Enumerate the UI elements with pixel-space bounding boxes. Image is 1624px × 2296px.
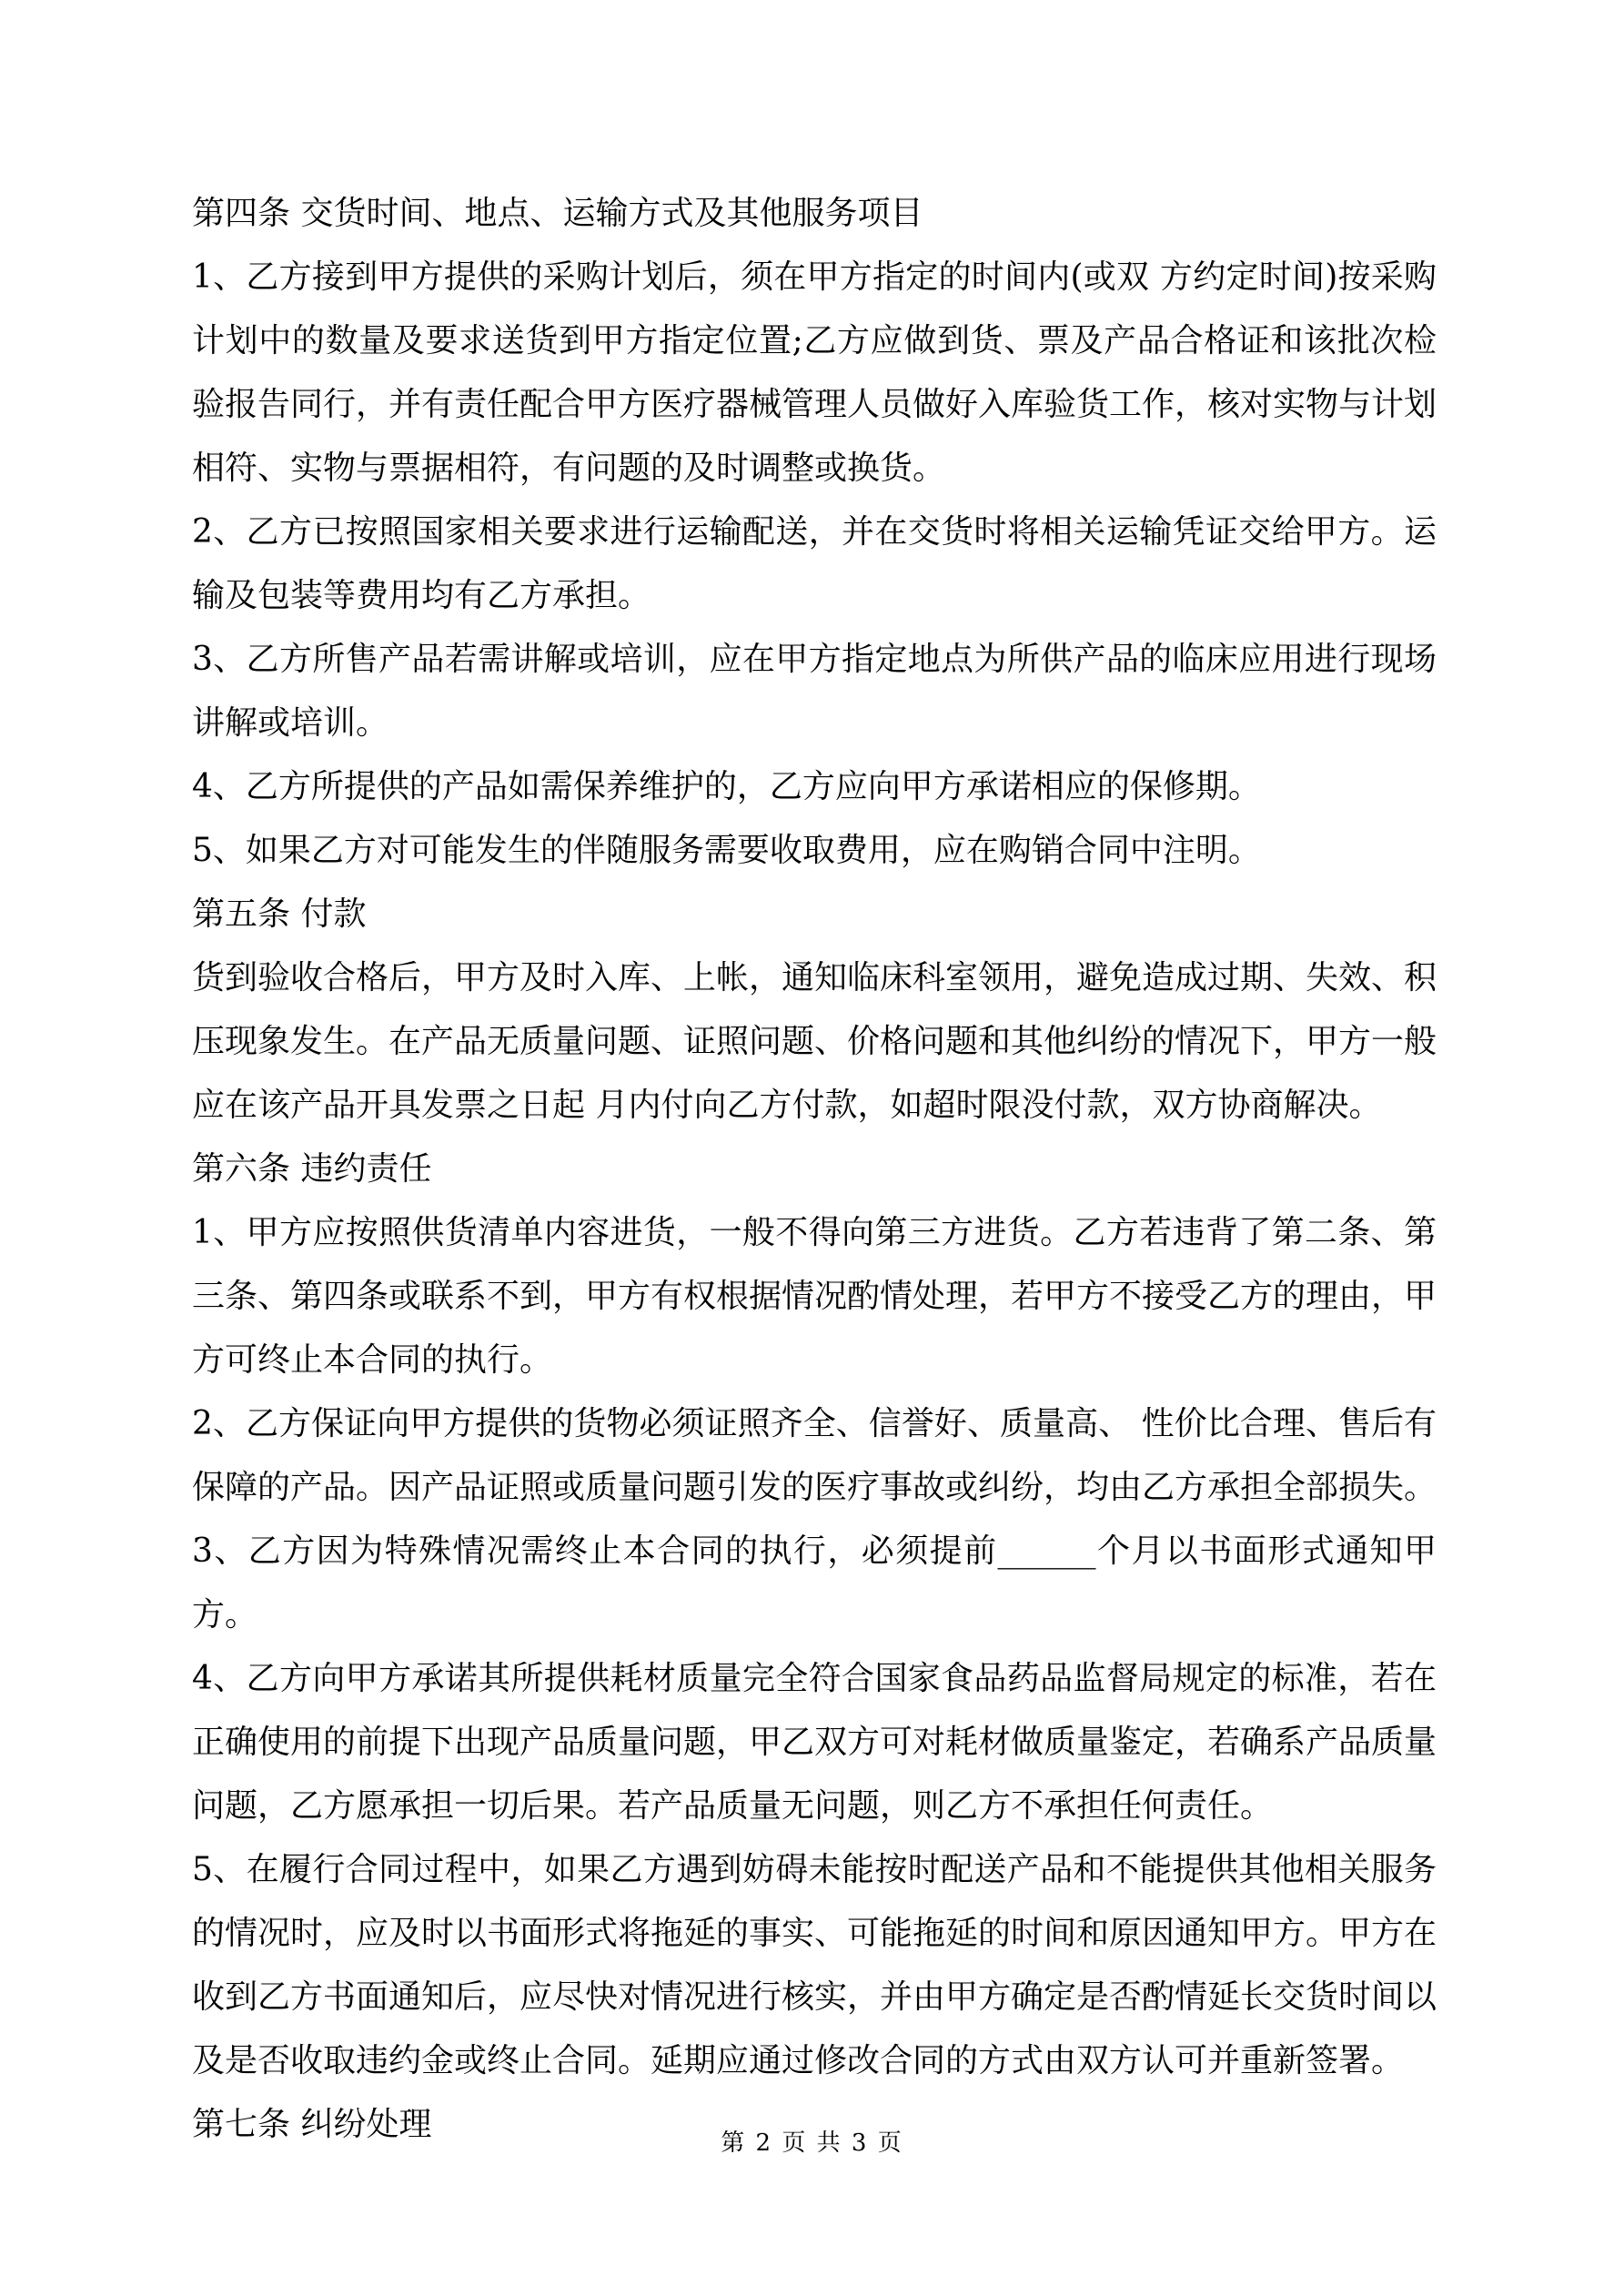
section-heading-article-6: 第六条 违约责任 [192,1138,1437,1201]
contract-clause: 1、甲方应按照供货清单内容进货，一般不得向第三方进货。乙方若违背了第二条、第三条… [192,1201,1437,1392]
section-heading-article-5: 第五条 付款 [192,883,1437,946]
contract-clause: 4、乙方所提供的产品如需保养维护的，乙方应向甲方承诺相应的保修期。 [192,755,1437,819]
page-footer: 第 2 页 共 3 页 [0,2128,1624,2159]
contract-clause: 1、乙方接到甲方提供的采购计划后，须在甲方指定的时间内(或双 方约定时间)按采购… [192,246,1437,501]
contract-clause: 2、乙方已按照国家相关要求进行运输配送，并在交货时将相关运输凭证交给甲方。运输及… [192,501,1437,628]
contract-clause: 3、乙方所售产品若需讲解或培训，应在甲方指定地点为所供产品的临床应用进行现场讲解… [192,628,1437,755]
contract-clause: 4、乙方向甲方承诺其所提供耗材质量完全符合国家食品药品监督局规定的标准，若在正确… [192,1647,1437,1838]
contract-page: 第四条 交货时间、地点、运输方式及其他服务项目 1、乙方接到甲方提供的采购计划后… [0,0,1624,2296]
section-heading-article-4: 第四条 交货时间、地点、运输方式及其他服务项目 [192,182,1437,246]
contract-clause: 5、在履行合同过程中，如果乙方遇到妨碍未能按时配送产品和不能提供其他相关服务的情… [192,1838,1437,2093]
contract-body: 第四条 交货时间、地点、运输方式及其他服务项目 1、乙方接到甲方提供的采购计划后… [192,182,1437,2157]
contract-clause: 货到验收合格后，甲方及时入库、上帐，通知临床科室领用，避免造成过期、失效、积压现… [192,946,1437,1138]
contract-clause: 2、乙方保证向甲方提供的货物必须证照齐全、信誉好、质量高、 性价比合理、售后有保… [192,1392,1437,1520]
contract-clause: 5、如果乙方对可能发生的伴随服务需要收取费用，应在购销合同中注明。 [192,819,1437,883]
contract-clause-with-blank: 3、乙方因为特殊情况需终止本合同的执行，必须提前______个月以书面形式通知甲… [192,1520,1437,1647]
